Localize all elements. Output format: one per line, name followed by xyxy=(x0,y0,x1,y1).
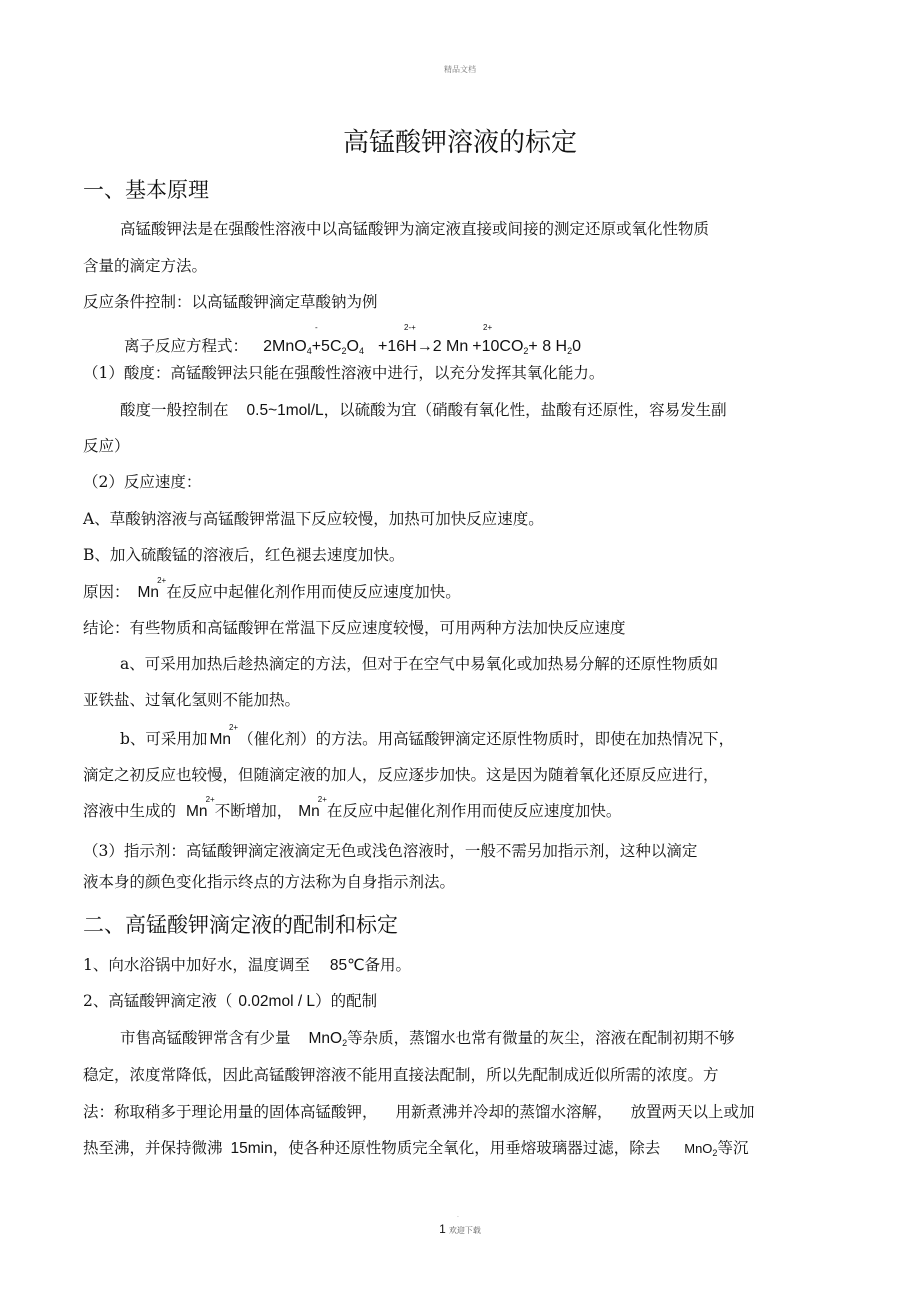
method-a-line-2: 亚铁盐、过氧化氢则不能加热。 xyxy=(83,690,300,710)
prep-para-line-2: 稳定，浓度常降低，因此高锰酸钾溶液不能用直接法配制，所以先配制成近似所需的浓度。… xyxy=(83,1065,719,1085)
conclusion-line: 结论：有些物质和高锰酸钾在常温下反应速度较慢，可用两种方法加快反应速度 xyxy=(83,618,626,638)
rate-item-a: A、草酸钠溶液与高锰酸钾常温下反应较慢，加热可加快反应速度。 xyxy=(83,509,544,529)
equation-superscript-mn: 2+ xyxy=(483,323,492,332)
method-b-line-2: 滴定之初反应也较慢，但随滴定液的加人，反应逐步加快。这是因为随着氧化还原反应进行… xyxy=(83,765,719,785)
acidity-line-1: （1）酸度：高锰酸钾法只能在强酸性溶液中进行，以充分发挥其氧化能力。 xyxy=(83,363,604,383)
section-heading-preparation: 二、高锰酸钾滴定液的配制和标定 xyxy=(83,909,398,939)
indicator-line-1: （3）指示剂：高锰酸钾滴定液滴定无色或浅色溶液时，一般不需另加指示剂，这种以滴定 xyxy=(83,841,697,861)
step-2: 2、高锰酸钾滴定液（0.02mol / L）的配制 xyxy=(83,991,377,1012)
intro-line-2: 含量的滴定方法。 xyxy=(83,256,207,276)
method-a-line-1: a、可采用加热后趁热滴定的方法，但对于在空气中易氧化或加热易分解的还原性物质如 xyxy=(120,654,718,674)
condition-line: 反应条件控制：以高锰酸钾滴定草酸钠为例 xyxy=(83,292,378,312)
equation-superscript-minus: - xyxy=(315,323,318,332)
rate-heading: （2）反应速度： xyxy=(83,472,201,492)
reason-line: 原因：Mn2+在反应中起催化剂作用而使反应速度加快。 xyxy=(83,582,461,605)
equation-label: 离子反应方程式： xyxy=(124,337,248,355)
equation-superscript-c2o4: 2-+ xyxy=(404,323,416,332)
page-title: 高锰酸钾溶液的标定 xyxy=(0,122,920,159)
rate-item-b: B、加入硫酸锰的溶液后，红色褪去速度加快。 xyxy=(83,545,404,565)
header-watermark: 精品文档 xyxy=(0,64,920,75)
prep-para-line-1: 市售高锰酸钾常含有少量MnO2等杂质，蒸馏水也常有微量的灰尘，溶液在配制初期不够 xyxy=(120,1028,735,1050)
footer-text: 欢迎下载 xyxy=(449,1226,481,1235)
method-b-line-3: 溶液中生成的Mn2+不断增加，Mn2+在反应中起催化剂作用而使反应速度加快。 xyxy=(83,801,621,824)
equation-body: 2MnO4+5C2O4+16H→2 Mn+10CO2+ 8 H20 xyxy=(263,338,581,355)
step-1: 1、向水浴锅中加好水，温度调至85℃备用。 xyxy=(83,955,411,976)
indicator-line-2: 液本身的颜色变化指示终点的方法称为自身指示剂法。 xyxy=(83,872,455,892)
section-heading-principle: 一、基本原理 xyxy=(83,174,209,204)
page-number: 1 xyxy=(439,1222,446,1236)
ionic-equation: 离子反应方程式： 2MnO4+5C2O4+16H→2 Mn+10CO2+ 8 H… xyxy=(124,336,581,356)
prep-para-line-4: 热至沸，并保持微沸15min，使各种还原性物质完全氧化，用垂熔玻璃器过滤，除去M… xyxy=(83,1138,748,1160)
intro-line-1: 高锰酸钾法是在强酸性溶液中以高锰酸钾为滴定液直接或间接的测定还原或氧化性物质 xyxy=(120,219,709,239)
acidity-line-2: 酸度一般控制在0.5~1mol/L，以硫酸为宜（硝酸有氧化性，盐酸有还原性，容易… xyxy=(120,400,727,421)
acidity-line-3: 反应） xyxy=(83,436,130,456)
footer-dot: . xyxy=(457,1212,459,1219)
prep-para-line-3: 法：称取稍多于理论用量的固体高锰酸钾，用新煮沸并冷却的蒸馏水溶解，放置两天以上或… xyxy=(83,1102,755,1122)
footer: 1欢迎下载 xyxy=(0,1222,920,1236)
method-b-line-1: b、可采用加Mn2+（催化剂）的方法。用高锰酸钾滴定还原性物质时，即使在加热情况… xyxy=(120,729,734,752)
